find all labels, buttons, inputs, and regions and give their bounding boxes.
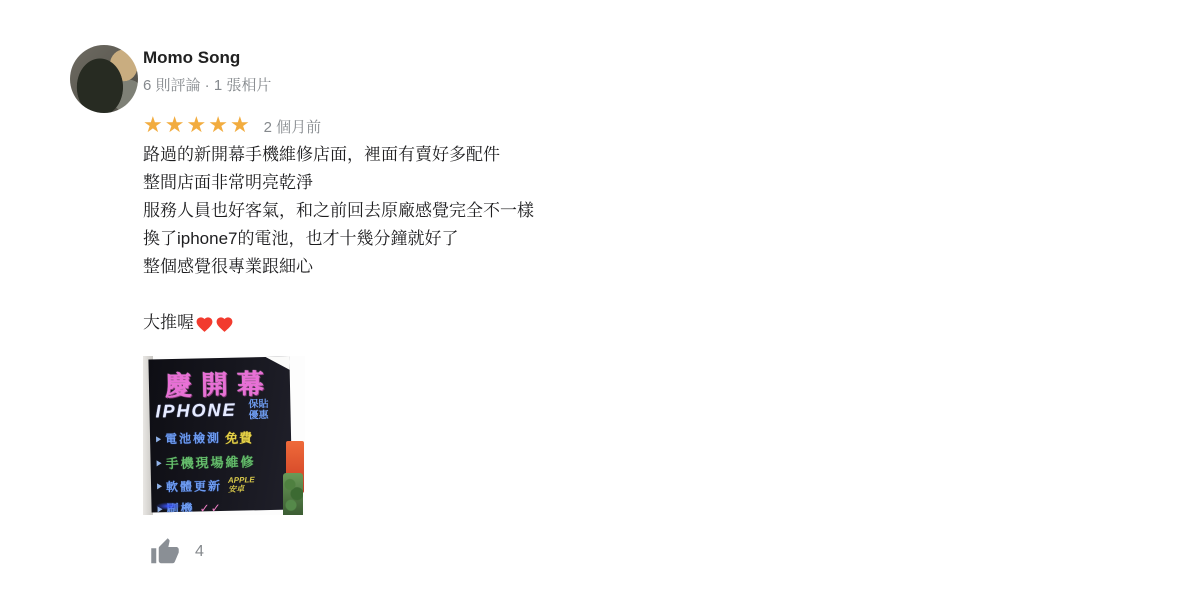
chalk-list: 電池檢測 免費 手機現場維修 軟體更新 APPLE 安卓 xyxy=(156,427,291,513)
rating-row: ★ ★ ★ ★ ★ 2 個月前 xyxy=(143,112,321,138)
review-line: 整間店面非常明亮乾淨 xyxy=(143,169,763,197)
chalk-deal-note: 保貼 優惠 xyxy=(248,399,268,421)
chalk-headline: 慶開幕 xyxy=(165,362,274,403)
star-icon: ★ xyxy=(143,113,165,137)
rating-stars: ★ ★ ★ ★ ★ xyxy=(143,113,252,137)
chalk-item-text: 電池檢測 xyxy=(165,429,221,447)
star-icon: ★ xyxy=(165,113,187,137)
thumb-up-icon[interactable] xyxy=(150,537,180,567)
review-body: 路過的新開幕手機維修店面，裡面有賣好多配件 整間店面非常明亮乾淨 服務人員也好客… xyxy=(143,141,763,337)
chalk-brand-row: IPHONE 保貼 優惠 xyxy=(155,399,268,423)
review-photo[interactable]: 慶開幕 IPHONE 保貼 優惠 電池檢測 免費 手機現場維修 xyxy=(143,356,305,515)
chalk-item-text: 手機現場維修 xyxy=(165,451,255,472)
closing-text: 大推喔 xyxy=(143,309,194,337)
review-line: 路過的新開幕手機維修店面，裡面有賣好多配件 xyxy=(143,141,763,169)
star-icon: ★ xyxy=(230,113,252,137)
board-glow xyxy=(155,502,181,511)
chalk-deal-line: 優惠 xyxy=(249,410,269,421)
star-icon: ★ xyxy=(186,113,208,137)
chalkboard: 慶開幕 IPHONE 保貼 優惠 電池檢測 免費 手機現場維修 xyxy=(148,357,292,513)
chalk-bullet-icon xyxy=(157,483,162,489)
chalk-item-note: APPLE 安卓 xyxy=(228,475,255,494)
chalk-item-badge: 免費 xyxy=(225,427,253,447)
like-count: 4 xyxy=(195,543,204,561)
review-line: 整個感覺很專業跟細心 xyxy=(143,253,763,281)
plant-object xyxy=(283,473,303,515)
review-line: 換了iphone7的電池，也才十幾分鐘就好了 xyxy=(143,225,763,253)
chalk-note-line: APPLE xyxy=(228,475,255,485)
chalk-item-text: 軟體更新 xyxy=(166,476,222,494)
chalk-deal-line: 保貼 xyxy=(248,399,268,410)
review-line-blank xyxy=(143,281,763,309)
chalk-bullet-icon xyxy=(157,460,162,466)
avatar[interactable] xyxy=(70,45,138,113)
like-button[interactable]: 4 xyxy=(150,537,204,567)
chalk-brand: IPHONE xyxy=(155,400,236,423)
review-date: 2 個月前 xyxy=(264,116,322,137)
author-meta: 6 則評論 · 1 張相片 xyxy=(143,74,271,95)
chalk-item: 軟體更新 APPLE 安卓 xyxy=(157,475,290,496)
review-line: 服務人員也好客氣，和之前回去原廠感覺完全不一樣 xyxy=(143,197,763,225)
chalk-item-marks: ✓✓ xyxy=(199,500,221,512)
board-corner-wedge xyxy=(258,357,292,377)
heart-icon xyxy=(195,315,214,334)
review-card: Momo Song 6 則評論 · 1 張相片 ★ ★ ★ ★ ★ 2 個月前 … xyxy=(0,0,1200,590)
chalk-item: 手機現場維修 xyxy=(156,451,289,473)
author-name[interactable]: Momo Song xyxy=(143,48,240,68)
chalk-note-line: 安卓 xyxy=(228,485,244,494)
closing-line: 大推喔 xyxy=(143,309,763,337)
chalk-item: 電池檢測 免費 xyxy=(156,427,289,449)
star-icon: ★ xyxy=(208,113,230,137)
chalk-bullet-icon xyxy=(156,436,161,442)
heart-icon xyxy=(215,315,234,334)
